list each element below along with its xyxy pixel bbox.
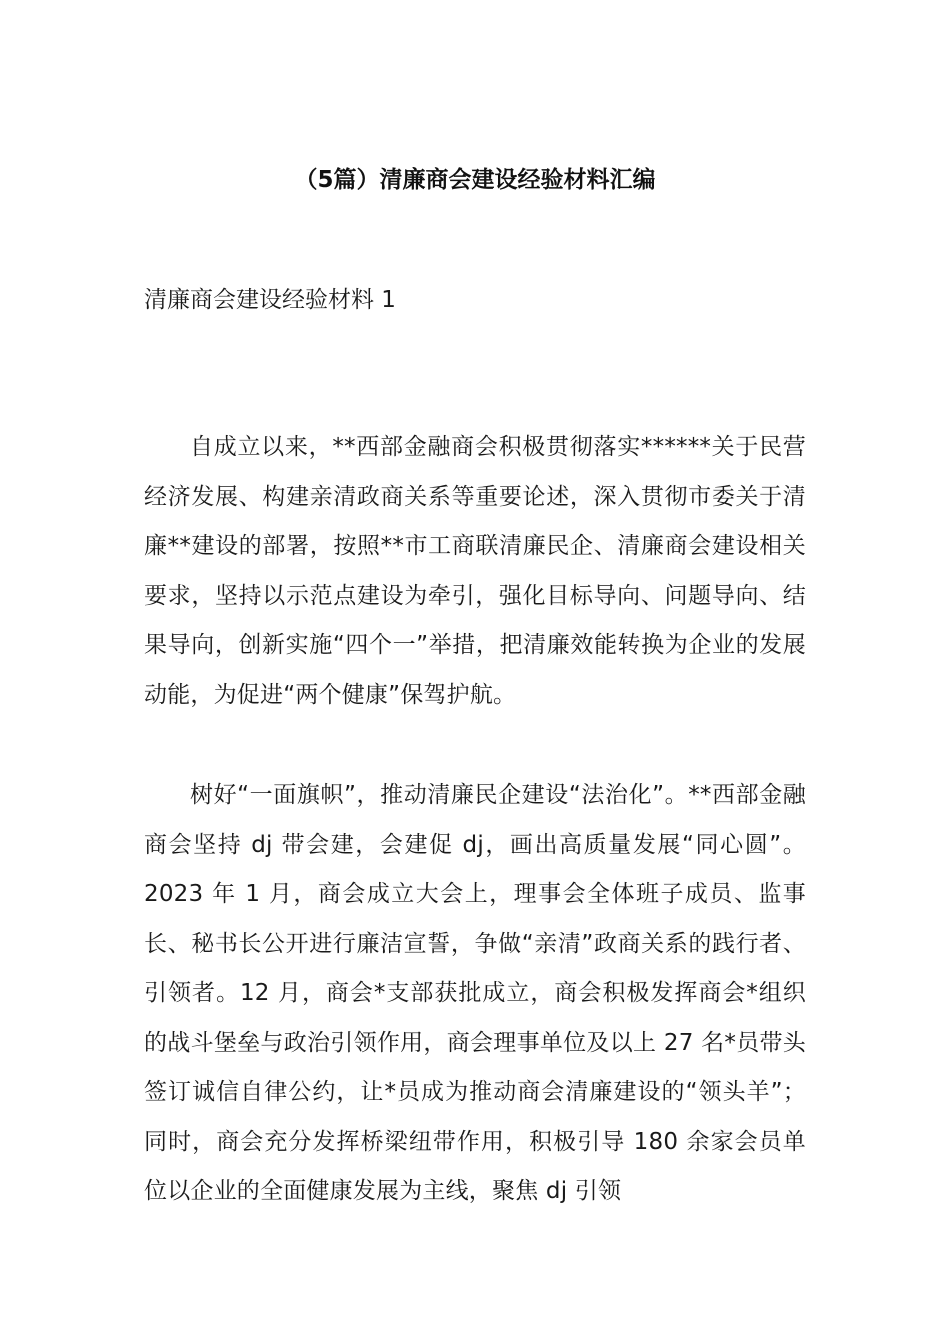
document-page: （5篇）清廉商会建设经验材料汇编 清廉商会建设经验材料 1 自成立以来，**西部… (0, 0, 950, 1344)
body-paragraph: 树好“一面旗帜”，推动清廉民企建设“法治化”。**西部金融商会坚持 dj 带会建… (144, 771, 806, 1217)
section-heading: 清廉商会建设经验材料 1 (144, 280, 396, 320)
document-title: （5篇）清廉商会建设经验材料汇编 (0, 160, 950, 200)
body-paragraph: 自成立以来，**西部金融商会积极贯彻落实******关于民营经济发展、构建亲清政… (144, 423, 806, 720)
